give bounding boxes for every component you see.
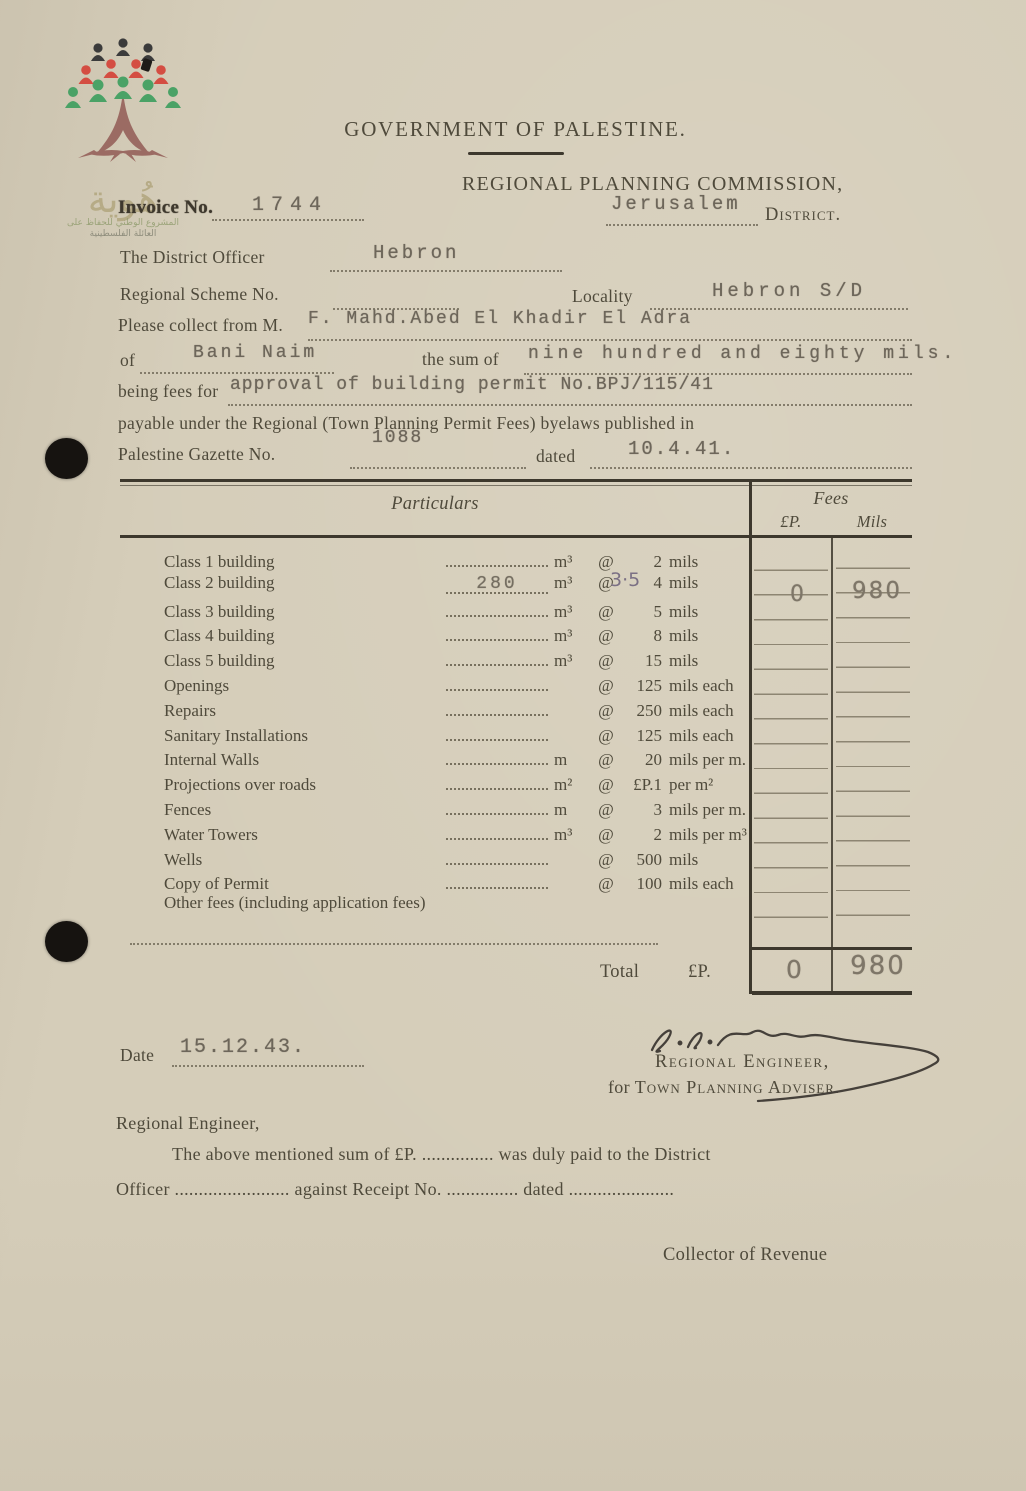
fee-entry-mils: 980	[843, 578, 911, 604]
collector-of-revenue: Collector of Revenue	[663, 1245, 827, 1266]
watermark-arabic-line2: العائلة الفلسطينية	[48, 229, 198, 240]
dotted-line	[140, 370, 334, 374]
title-underline	[468, 152, 564, 155]
collect-from-label: Please collect from M.	[118, 315, 283, 336]
date-value: 15.12.43.	[180, 1036, 306, 1059]
invoice-no-value: 1744	[252, 194, 328, 217]
particulars-header: Particulars	[300, 494, 570, 515]
table-row: Openings@125mils each	[120, 670, 752, 695]
dotted-line	[212, 217, 364, 221]
watermark-arabic-line1: المشروع الوطني للحفاظ على	[48, 218, 198, 229]
table-row: Copy of Permit@100mils each	[120, 868, 752, 893]
particulars-rows: Class 1 buildingm³@2mils Class 2 buildin…	[120, 546, 752, 918]
table-row: Repairs@250mils each	[120, 695, 752, 720]
footer-addressee: Regional Engineer,	[116, 1113, 260, 1134]
total-box-top-border	[752, 947, 912, 950]
table-sub-divider	[831, 537, 833, 994]
footer-body-line1: The above mentioned sum of £P. .........…	[172, 1144, 711, 1165]
punch-hole-bottom	[45, 921, 88, 962]
dotted-line	[330, 268, 562, 272]
district-officer-value: Hebron	[373, 242, 459, 264]
sum-value: nine hundred and eighty mils.	[528, 344, 957, 364]
fees-for-label: being fees for	[118, 381, 218, 402]
table-top-border	[120, 479, 912, 482]
fees-for-value: approval of building permit No.BPJ/115/4…	[230, 375, 714, 395]
total-mils: 980	[843, 951, 913, 981]
fee-entry-pound: 0	[768, 582, 828, 607]
district-label: District.	[765, 205, 841, 226]
dotted-line	[606, 222, 758, 226]
dotted-line	[130, 941, 658, 945]
table-row: Other fees (including application fees)	[120, 893, 752, 918]
total-pound: 0	[765, 955, 825, 984]
table-row: Sanitary Installations@125mils each	[120, 720, 752, 745]
dotted-line	[172, 1063, 364, 1067]
locality-value: Hebron S/D	[712, 280, 866, 302]
dotted-line	[590, 465, 912, 469]
fees-header: Fees	[752, 488, 910, 509]
of-value: Bani Naim	[193, 343, 317, 363]
table-row: Fencesm@3mils per m.	[120, 794, 752, 819]
table-row: Class 1 buildingm³@2mils	[120, 546, 752, 571]
table-row: Internal Wallsm@20mils per m.	[120, 744, 752, 769]
footer-body-line2: Officer ........................ against…	[116, 1179, 674, 1200]
scanned-invoice-document: هُوية المشروع الوطني للحفاظ على العائلة …	[0, 0, 1026, 1491]
dated-label: dated	[536, 446, 575, 467]
regional-engineer-caps: Regional Engineer,	[655, 1052, 830, 1073]
sum-label: the sum of	[422, 349, 499, 370]
total-label: Total	[600, 962, 639, 983]
page-title: GOVERNMENT OF PALESTINE.	[318, 117, 713, 142]
district-typed-value: Jerusalem	[611, 193, 741, 215]
pound-header: £P.	[752, 512, 830, 532]
mils-header: Mils	[833, 512, 911, 532]
locality-label: Locality	[572, 286, 633, 307]
district-officer-label: The District Officer	[120, 247, 265, 268]
table-row: Class 3 buildingm³@5mils	[120, 596, 752, 621]
of-label: of	[120, 350, 135, 371]
tree-of-people-logo	[48, 30, 198, 180]
table-row: Class 4 buildingm³@8mils	[120, 620, 752, 645]
dotted-line	[308, 337, 912, 341]
gazette-label: Palestine Gazette No.	[118, 444, 275, 465]
payable-line: payable under the Regional (Town Plannin…	[118, 413, 912, 434]
table-top-border-echo	[120, 485, 912, 486]
punch-hole-top	[45, 438, 88, 479]
date-label: Date	[120, 1045, 154, 1066]
gazette-value: 1088	[372, 428, 423, 448]
for-town-planning-adviser: for Town Planning Adviser.	[608, 1077, 840, 1098]
total-currency: £P.	[688, 962, 711, 983]
table-header-border	[120, 535, 912, 538]
dated-value: 10.4.41.	[628, 438, 735, 460]
table-row: Water Towersm³@2mils per m³	[120, 819, 752, 844]
scheme-no-label: Regional Scheme No.	[120, 284, 279, 305]
dotted-line	[228, 402, 912, 406]
table-row: Wells@500mils	[120, 844, 752, 869]
dotted-line	[350, 465, 526, 469]
invoice-no-label: Invoice No.	[118, 197, 213, 219]
collect-from-value: F. Mahd.Abed El Khadir El Adra	[308, 309, 692, 329]
table-row: Class 2 building280m³@3·54mils	[120, 571, 752, 596]
total-box-bottom-border	[752, 991, 912, 995]
table-row: Class 5 buildingm³@15mils	[120, 645, 752, 670]
table-row: Projections over roadsm²@£P.1per m²	[120, 769, 752, 794]
